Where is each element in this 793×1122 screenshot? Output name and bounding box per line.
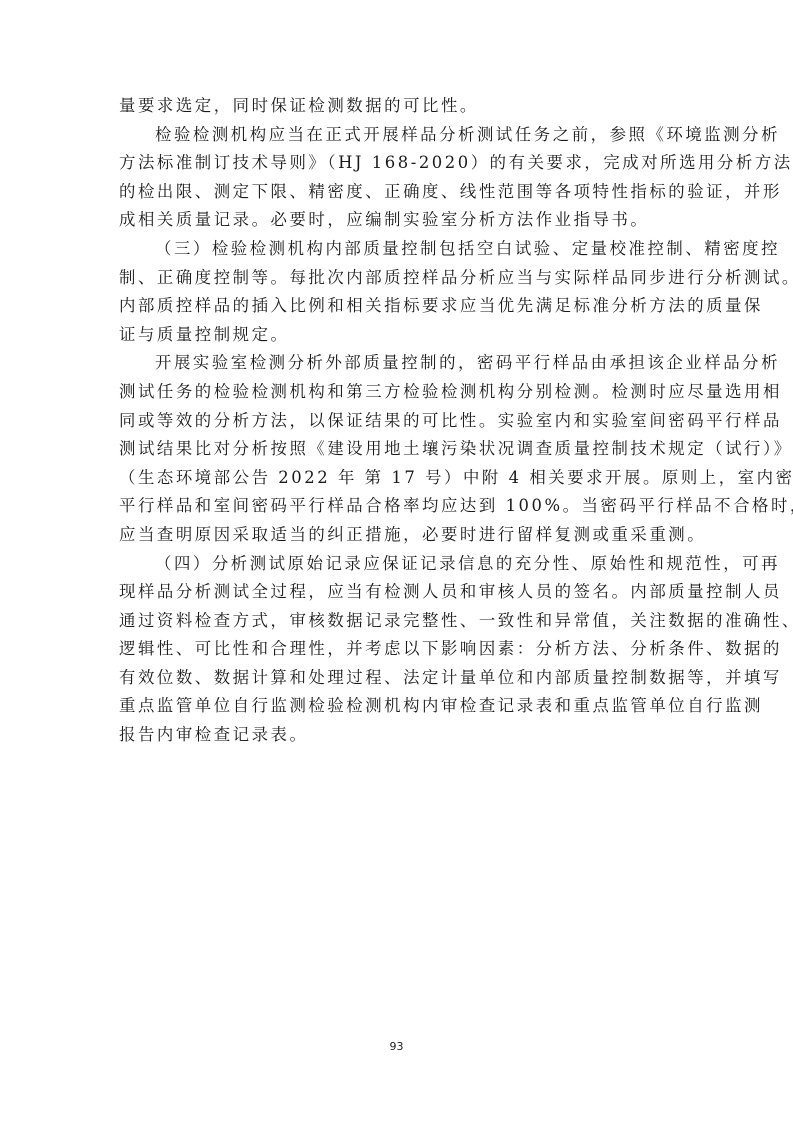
paragraph-raw-records: （四）分析测试原始记录应保证记录信息的充分性、原始性和规范性，可再 现样品分析测… <box>119 550 673 750</box>
paragraph-continuation: 量要求选定，同时保证检测数据的可比性。 <box>119 92 673 121</box>
paragraph-method-validation: 检验检测机构应当在正式开展样品分析测试任务之前，参照《环境监测分析 方法标准制订… <box>119 121 673 235</box>
text-line: 测试结果比对分析按照《建设用地土壤污染状况调查质量控制技术规定（试行）》 <box>119 435 673 464</box>
text-line: 报告内审检查记录表。 <box>119 721 673 750</box>
text-line: 内部质控样品的插入比例和相关指标要求应当优先满足标准分析方法的质量保 <box>119 292 673 321</box>
text-line: 证与质量控制规定。 <box>119 321 673 350</box>
paragraph-internal-qc: （三）检验检测机构内部质量控制包括空白试验、定量校准控制、精密度控 制、正确度控… <box>119 235 673 349</box>
text-line: （生态环境部公告 2022 年 第 17 号）中附 4 相关要求开展。原则上，室… <box>119 464 673 493</box>
paragraph-external-qc: 开展实验室检测分析外部质量控制的，密码平行样品由承担该企业样品分析 测试任务的检… <box>119 349 673 549</box>
text-line: 同或等效的分析方法，以保证结果的可比性。实验室内和实验室间密码平行样品 <box>119 407 673 436</box>
text-line: 逻辑性、可比性和合理性，并考虑以下影响因素：分析方法、分析条件、数据的 <box>119 635 673 664</box>
text-line: 现样品分析测试全过程，应当有检测人员和审核人员的签名。内部质量控制人员 <box>119 578 673 607</box>
text-line: 开展实验室检测分析外部质量控制的，密码平行样品由承担该企业样品分析 <box>119 349 673 378</box>
text-line: 测试任务的检验检测机构和第三方检验检测机构分别检测。检测时应尽量选用相 <box>119 378 673 407</box>
text-line: 制、正确度控制等。每批次内部质控样品分析应当与实际样品同步进行分析测试。 <box>119 264 673 293</box>
text-line: 量要求选定，同时保证检测数据的可比性。 <box>119 92 673 121</box>
text-line: 应当查明原因采取适当的纠正措施，必要时进行留样复测或重采重测。 <box>119 521 673 550</box>
text-line: 通过资料检查方式，审核数据记录完整性、一致性和异常值，关注数据的准确性、 <box>119 607 673 636</box>
text-line: 有效位数、数据计算和处理过程、法定计量单位和内部质量控制数据等，并填写 <box>119 664 673 693</box>
text-line: 的检出限、测定下限、精密度、正确度、线性范围等各项特性指标的验证，并形 <box>119 178 673 207</box>
page-number: 93 <box>0 1040 793 1053</box>
text-line: 重点监管单位自行监测检验检测机构内审检查记录表和重点监管单位自行监测 <box>119 692 673 721</box>
text-line: 平行样品和室间密码平行样品合格率均应达到 100%。当密码平行样品不合格时， <box>119 492 673 521</box>
text-line: 方法标准制订技术导则》（HJ 168-2020）的有关要求，完成对所选用分析方法 <box>119 149 673 178</box>
text-line: 检验检测机构应当在正式开展样品分析测试任务之前，参照《环境监测分析 <box>119 121 673 150</box>
text-line: （三）检验检测机构内部质量控制包括空白试验、定量校准控制、精密度控 <box>119 235 673 264</box>
text-line: 成相关质量记录。必要时，应编制实验室分析方法作业指导书。 <box>119 206 673 235</box>
text-line: （四）分析测试原始记录应保证记录信息的充分性、原始性和规范性，可再 <box>119 550 673 579</box>
document-body: 量要求选定，同时保证检测数据的可比性。 检验检测机构应当在正式开展样品分析测试任… <box>119 92 673 750</box>
